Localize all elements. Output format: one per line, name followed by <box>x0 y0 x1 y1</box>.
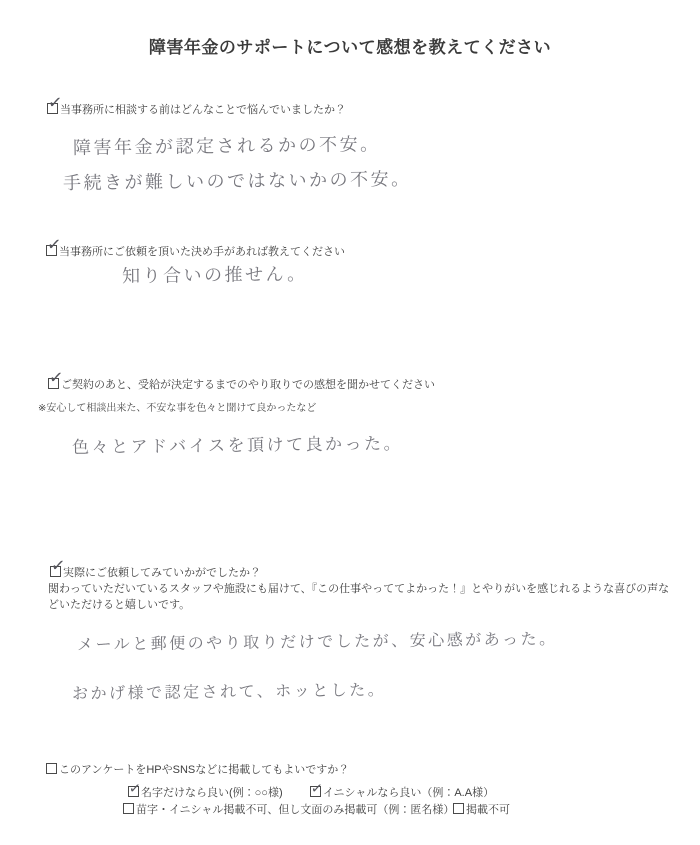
question-1: ✓当事務所に相談する前はどんなことで悩んでいましたか？ <box>47 101 346 117</box>
answer-4-line-1: メールと郵便のやり取りだけでしたが、安心感があった。 <box>77 626 558 655</box>
checkmark-icon: ✓ <box>310 779 323 797</box>
checkbox-icon: ✓ <box>47 103 58 114</box>
question-1-label: 当事務所に相談する前はどんなことで悩んでいましたか？ <box>60 104 346 116</box>
question-4: ✓実際にご依頼してみていかがでしたか？ <box>50 564 261 580</box>
answer-2-line-1: 知り合いの推せん。 <box>122 260 308 288</box>
question-3-note: ※安心して相談出来た、不安な事を色々と聞けて良かったなど <box>38 402 363 415</box>
answer-4-line-2: おかげ様で認定されて、ホッとした。 <box>72 677 386 704</box>
question-4-description: 関わっていただいているスタッフや施設にも届けて、『この仕事やっててよかった！』と… <box>48 581 676 613</box>
checkbox-icon: ✓ <box>46 763 57 774</box>
answer-1-line-1: 障害年金が認定されるかの不安。 <box>73 130 381 160</box>
checkbox-icon: ✓ <box>128 786 139 797</box>
survey-form-scan: 障害年金のサポートについて感想を教えてください ✓当事務所に相談する前はどんなこ… <box>0 0 700 845</box>
checkbox-icon: ✓ <box>453 803 464 814</box>
answer-1-line-2: 手続きが難しいのではないかの不安。 <box>63 165 412 195</box>
question-3: ✓ご契約のあと、受給が決定するまでのやり取りでの感想を聞かせてください <box>48 376 435 392</box>
checkbox-icon: ✓ <box>50 566 61 577</box>
checkbox-icon: ✓ <box>123 803 134 814</box>
form-title: 障害年金のサポートについて感想を教えてください <box>0 33 700 58</box>
checkmark-icon: ✓ <box>128 779 141 797</box>
publish-option-lastname: ✓名字だけなら良い(例：○○様) <box>128 784 283 800</box>
question-2-label: 当事務所にご依頼を頂いた決め手があれば教えてください <box>59 246 345 258</box>
publish-option-no-publish: ✓掲載不可 <box>453 801 510 817</box>
checkbox-icon: ✓ <box>46 245 57 256</box>
question-2: ✓当事務所にご依頼を頂いた決め手があれば教えてください <box>46 243 345 259</box>
question-5: ✓このアンケートをHPやSNSなどに掲載してもよいですか？ <box>46 761 349 777</box>
question-3-label: ご契約のあと、受給が決定するまでのやり取りでの感想を聞かせてください <box>61 379 435 391</box>
publish-option-anonymous: ✓苗字・イニシャル掲載不可、但し文面のみ掲載可（例：匿名様） <box>123 801 454 817</box>
question-5-label: このアンケートをHPやSNSなどに掲載してもよいですか？ <box>59 764 349 776</box>
publish-option-initials-label: イニシャルなら良い（例：A.A様） <box>323 787 494 799</box>
question-4-label: 実際にご依頼してみていかがでしたか？ <box>63 567 261 579</box>
publish-option-anonymous-label: 苗字・イニシャル掲載不可、但し文面のみ掲載可（例：匿名様） <box>136 804 454 816</box>
checkbox-icon: ✓ <box>48 378 59 389</box>
publish-option-lastname-label: 名字だけなら良い(例：○○様) <box>141 787 283 799</box>
publish-option-initials: ✓イニシャルなら良い（例：A.A様） <box>310 784 494 800</box>
checkbox-icon: ✓ <box>310 786 321 797</box>
answer-3-line-1: 色々とアドバイスを頂けて良かった。 <box>72 429 403 458</box>
publish-option-no-publish-label: 掲載不可 <box>466 804 510 816</box>
